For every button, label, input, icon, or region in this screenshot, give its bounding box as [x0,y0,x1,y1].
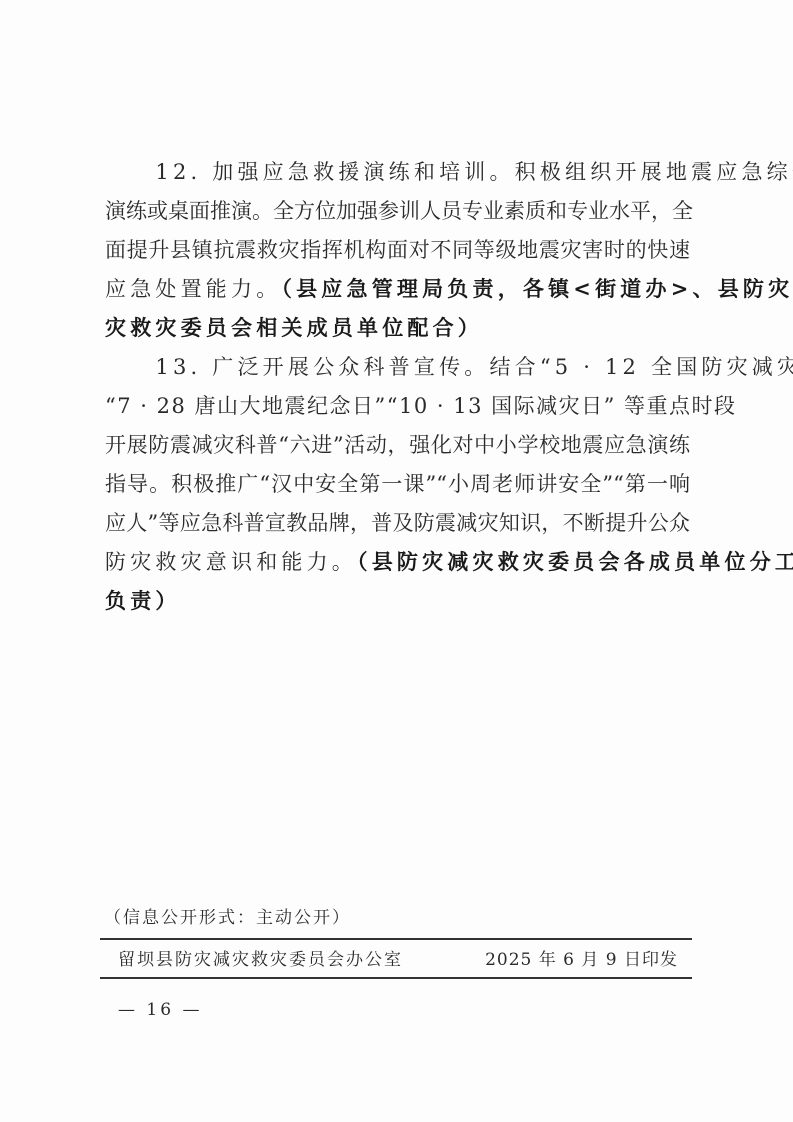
item-13-line-3: 开展防震减灾科普“六进”活动，强化对中小学校地震应急演练 [105,430,690,460]
body-text: 应人”等应急科普宣教品牌，普及防震减灾知识，不断提升公众 [105,511,690,535]
body-text: 防灾救灾意识和能力。 [105,550,357,574]
disclosure-note: （信息公开形式：主动公开） [104,906,351,930]
item-12-line-1: 12. 加强应急救援演练和培训。积极组织开展地震应急综合 [105,157,690,187]
item-12-line-4: 应急处置能力。（县应急管理局负责，各镇<街道办>、县防灾减 [105,274,690,304]
item-13-line-2: “7 · 28 唐山大地震纪念日”“10 · 13 国际减灾日” 等重点时段 [105,391,690,421]
item-13-line-5: 应人”等应急科普宣教品牌，普及防震减灾知识，不断提升公众 [105,508,690,538]
responsible-unit-text: 负责） [105,588,181,613]
item-13-line-1: 13. 广泛开展公众科普宣传。结合“5 · 12 全国防灾减灾日 [105,352,690,382]
footer-rule-top [100,938,692,940]
item-12-line-2: 演练或桌面推演。全方位加强参训人员专业素质和专业水平，全 [105,196,690,226]
document-page: 12. 加强应急救援演练和培训。积极组织开展地震应急综合 演练或桌面推演。全方位… [0,0,793,1122]
issue-date: 2025 年 6 月 9 日印发 [485,948,678,972]
item-12-line-5: 灾救灾委员会相关成员单位配合） [105,313,690,343]
responsible-unit-text: （县防灾减灾救灾委员会各成员单位分工 [357,549,793,574]
body-text: 应急处置能力。 [105,277,281,301]
responsible-unit-text: 灾救灾委员会相关成员单位配合） [105,315,483,340]
item-13-line-4: 指导。积极推广“汉中安全第一课”“小周老师讲安全”“第一响 [105,469,690,499]
body-text: 演练或桌面推演。全方位加强参训人员专业素质和专业水平，全 [105,199,693,223]
responsible-unit-text: （县应急管理局负责，各镇<街道办>、县防灾减 [281,276,793,301]
item-13-line-7: 负责） [105,586,690,616]
body-text: 12. 加强应急救援演练和培训。积极组织开展地震应急综合 [105,160,793,184]
page-number: — 16 — [118,998,202,1022]
body-text: 面提升县镇抗震救灾指挥机构面对不同等级地震灾害时的快速 [105,238,690,262]
body-text: “7 · 28 唐山大地震纪念日”“10 · 13 国际减灾日” 等重点时段 [105,394,737,418]
body-text: 13. 广泛开展公众科普宣传。结合“5 · 12 全国防灾减灾日 [105,355,793,379]
body-text: 开展防震减灾科普“六进”活动，强化对中小学校地震应急演练 [105,433,690,457]
item-12-line-3: 面提升县镇抗震救灾指挥机构面对不同等级地震灾害时的快速 [105,235,690,265]
item-13-line-6: 防灾救灾意识和能力。（县防灾减灾救灾委员会各成员单位分工 [105,547,690,577]
issuer-name: 留坝县防灾减灾救灾委员会办公室 [118,948,403,972]
footer-rule-bottom [100,977,692,979]
body-text: 指导。积极推广“汉中安全第一课”“小周老师讲安全”“第一响 [105,472,690,496]
